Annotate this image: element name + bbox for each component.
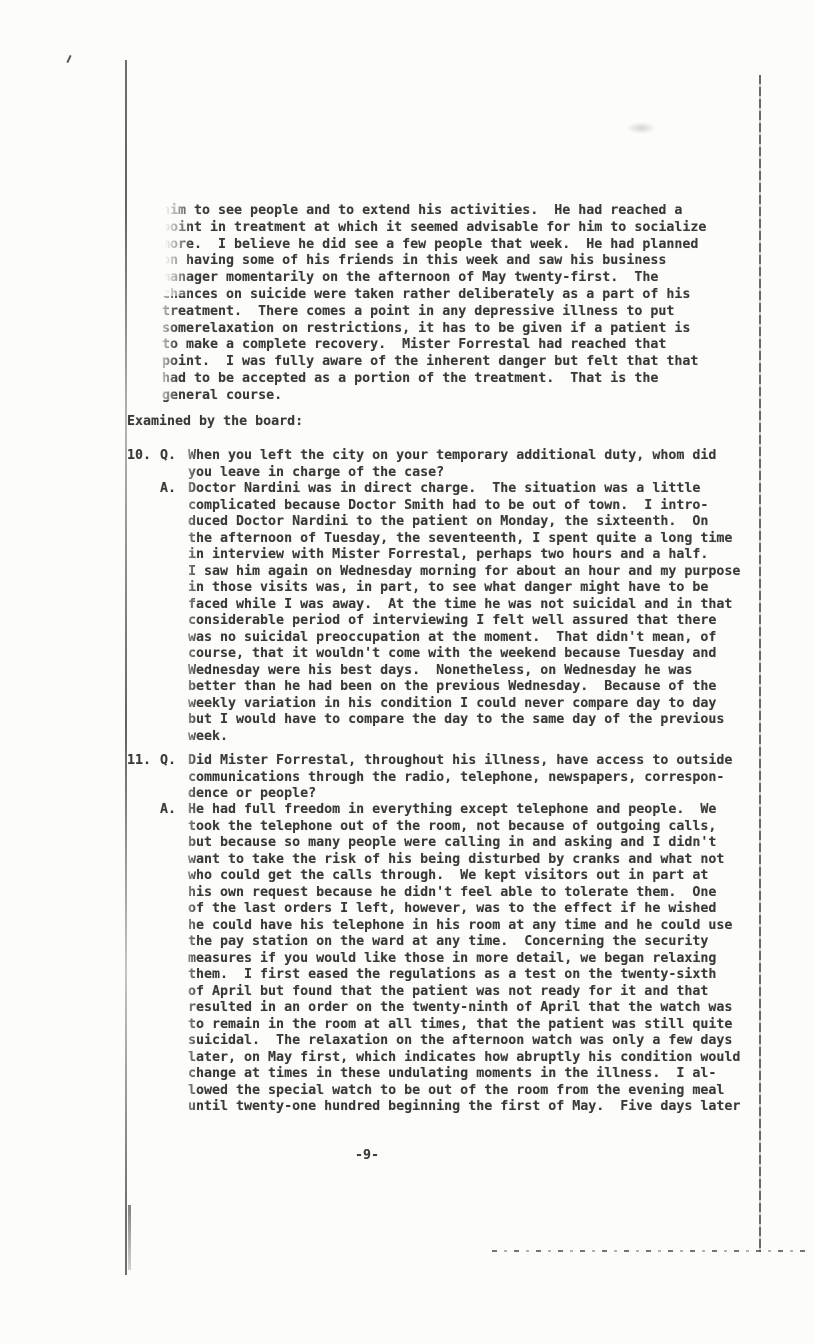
answer-label: A. (160, 802, 176, 819)
bottom-scan-smudge (492, 1250, 808, 1252)
left-scan-line (125, 60, 127, 1275)
question-label: Q. (160, 448, 176, 465)
right-scan-line (759, 75, 761, 1252)
top-left-speck (66, 55, 71, 63)
question-text: When you left the city on your temporary… (188, 448, 716, 481)
question-label: Q. (160, 753, 176, 770)
answer-label: A. (160, 481, 176, 498)
question-text: Did Mister Forrestal, throughout his ill… (188, 753, 732, 803)
page-number: -9- (355, 1148, 379, 1165)
left-scan-line-bottom-segment (128, 1205, 131, 1270)
answer-text: He had full freedom in everything except… (188, 802, 740, 1116)
answer-text: Doctor Nardini was in direct charge. The… (188, 481, 740, 745)
question-number: 10. (127, 448, 151, 465)
examined-by-board-heading: Examined by the board: (127, 414, 303, 431)
document-page: him to see people and to extend his acti… (0, 0, 815, 1344)
question-number: 11. (127, 753, 151, 770)
faint-smudge (626, 122, 656, 134)
intro-paragraph: him to see people and to extend his acti… (162, 203, 706, 405)
